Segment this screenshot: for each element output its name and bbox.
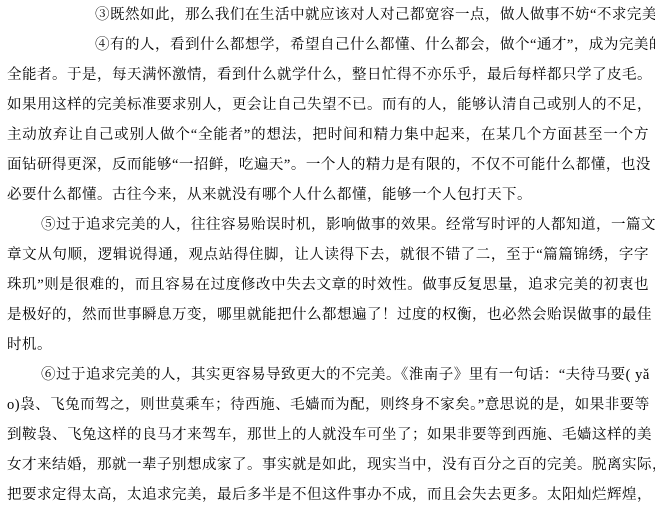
text-line: 必要什么都懂。古往今来，从来就没有哪个人什么都懂，能够一个人包打天下。 [7, 180, 649, 210]
document-page: ③既然如此，那么我们在生活中就应该对人对己都宽容一点，做人做事不妨“不求完美”。… [0, 0, 655, 510]
text-line: ⑤过于追求完美的人，往往容易贻误时机，影响做事的效果。经常写时评的人都知道，一篇… [7, 210, 649, 240]
text-line: o)袅、飞兔而驾之，则世莫乘车；待西施、毛嫱而为配，则终身不家矣。”意思说的是，… [7, 390, 649, 420]
text-line: 女才来结婚，那就一辈子别想成家了。事实就是如此，现实当中，没有百分之百的完美。脱… [7, 450, 649, 480]
text-line: 主动放弃让自己或别人做个“全能者”的想法，把时间和精力集中起来，在某几个方面甚至… [7, 120, 649, 150]
text-line: ④有的人，看到什么都想学，希望自己什么都懂、什么都会，做个“通才”，成为完美的 [7, 30, 649, 60]
text-line: 时机。 [7, 330, 649, 360]
text-line: 章文从句顺，逻辑说得通，观点站得住脚，让人读得下去，就很不错了二，至于“篇篇锦绣… [7, 240, 649, 270]
text-line: 全能者。于是，每天满怀激情，看到什么就学什么，整日忙得不亦乐乎，最后每样都只学了… [7, 60, 649, 90]
text-line: 如果用这样的完美标准要求别人，更会让自己失望不已。而有的人，能够认清自己或别人的… [7, 90, 649, 120]
text-line: ③既然如此，那么我们在生活中就应该对人对己都宽容一点，做人做事不妨“不求完美”。 [7, 0, 649, 30]
text-line: 把要求定得太高，太追求完美，最后多半是不但这件事办不成，而且会失去更多。太阳灿烂… [7, 480, 649, 510]
text-line: ⑥过于追求完美的人，其实更容易导致更大的不完美。《淮南子》里有一句话：“夫待马要… [7, 360, 649, 390]
text-line: 面钻研得更深，反而能够“一招鲜，吃遍天”。一个人的精力是有限的，不仅不可能什么都… [7, 150, 649, 180]
text-line: 到鞍袅、飞兔这样的良马才来驾车，那世上的人就没车可坐了；如果非要等到西施、毛嫱这… [7, 420, 649, 450]
text-line: 是极好的，然而世事瞬息万变，哪里就能把什么都想遍了！过度的权衡，也必然会贻误做事… [7, 300, 649, 330]
text-line: 珠玑”则是很难的，而且容易在过度修改中失去文章的时效性。做事反复思量，追求完美的… [7, 270, 649, 300]
